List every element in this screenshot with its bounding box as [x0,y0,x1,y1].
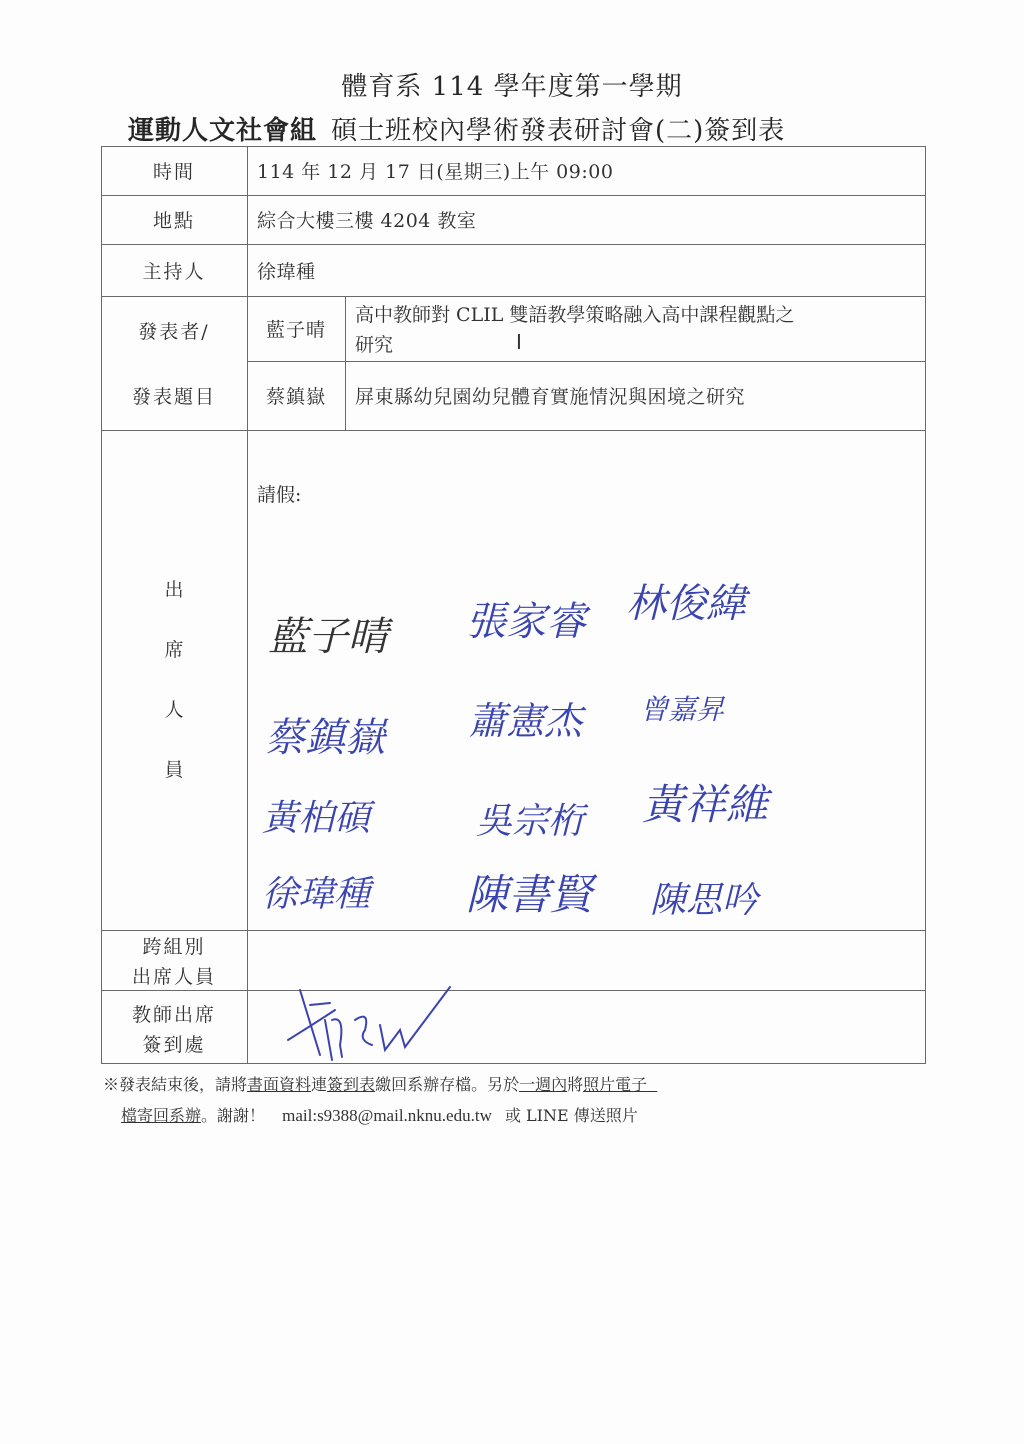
document-subtitle: 運動人文社會組碩士班校內學術發表研討會(二)簽到表 [128,110,785,147]
time-label: 時間 [101,146,247,195]
signature: 曾嘉昇 [640,688,724,728]
presenter-topic: 高中教師對 CLIL 雙語教學策略融入高中課程觀點之 研究 [355,300,925,360]
document-title: 體育系 114 學年度第一學期 [0,66,1024,103]
presenter-name: 蔡鎮嶽 [247,361,345,430]
group-name: 運動人文社會組 [128,116,317,146]
attendees-label: 出 席 人 員 [101,580,247,820]
cross-group-label: 跨組別 出席人員 [101,932,247,992]
row-divider [101,296,926,297]
topic-label: 發表題目 [101,375,247,415]
host-label: 主持人 [101,244,247,296]
signature: 林俊緯 [626,572,746,629]
signature: 黃柏碩 [262,790,370,841]
teacher-label: 教師出席 簽到處 [101,1000,247,1060]
signature: 徐瑋種 [262,866,370,917]
row-divider [101,430,926,431]
host-value: 徐瑋種 [247,244,926,296]
teacher-signature [280,985,460,1065]
location-value: 綜合大樓三樓 4204 教室 [247,195,926,244]
signature: 黃祥維 [642,772,768,832]
cross-group-value[interactable] [247,930,926,990]
event-name: 碩士班校內學術發表研討會(二)簽到表 [331,116,785,146]
footer-note-line2: 檔寄回系辦。謝謝！ mail:s9388@mail.nknu.edu.tw 或 … [121,1103,638,1126]
signature: 陳思吟 [650,872,758,923]
contact-email[interactable]: mail:s9388@mail.nknu.edu.tw [282,1106,492,1125]
topic-line: 高中教師對 CLIL 雙語教學策略融入高中課程觀點之 [355,300,925,330]
presenter-topic: 屏東縣幼兒園幼兒體育實施情況與困境之研究 [345,361,925,430]
location-label: 地點 [101,195,247,244]
topic-line: 研究 [355,330,925,360]
presenter-name: 藍子晴 [247,296,345,361]
signature: 張家睿 [466,590,586,647]
signature: 蔡鎮嶽 [265,706,385,763]
signature: 陳書賢 [466,862,592,922]
time-value: 114 年 12 月 17 日(星期三)上午 09:00 [247,146,926,195]
presenter-label: 發表者/ [101,310,247,350]
signature: 藍子晴 [268,605,388,662]
leave-label: 請假: [257,480,301,507]
signature: 蕭憲杰 [468,690,582,745]
footer-note-line1: ※發表結束後，請將書面資料連簽到表繳回系辦存檔。另於一週內將照片電子 [103,1072,657,1095]
handwritten-correction: I [516,330,522,354]
signature: 吳宗桁 [476,793,584,844]
